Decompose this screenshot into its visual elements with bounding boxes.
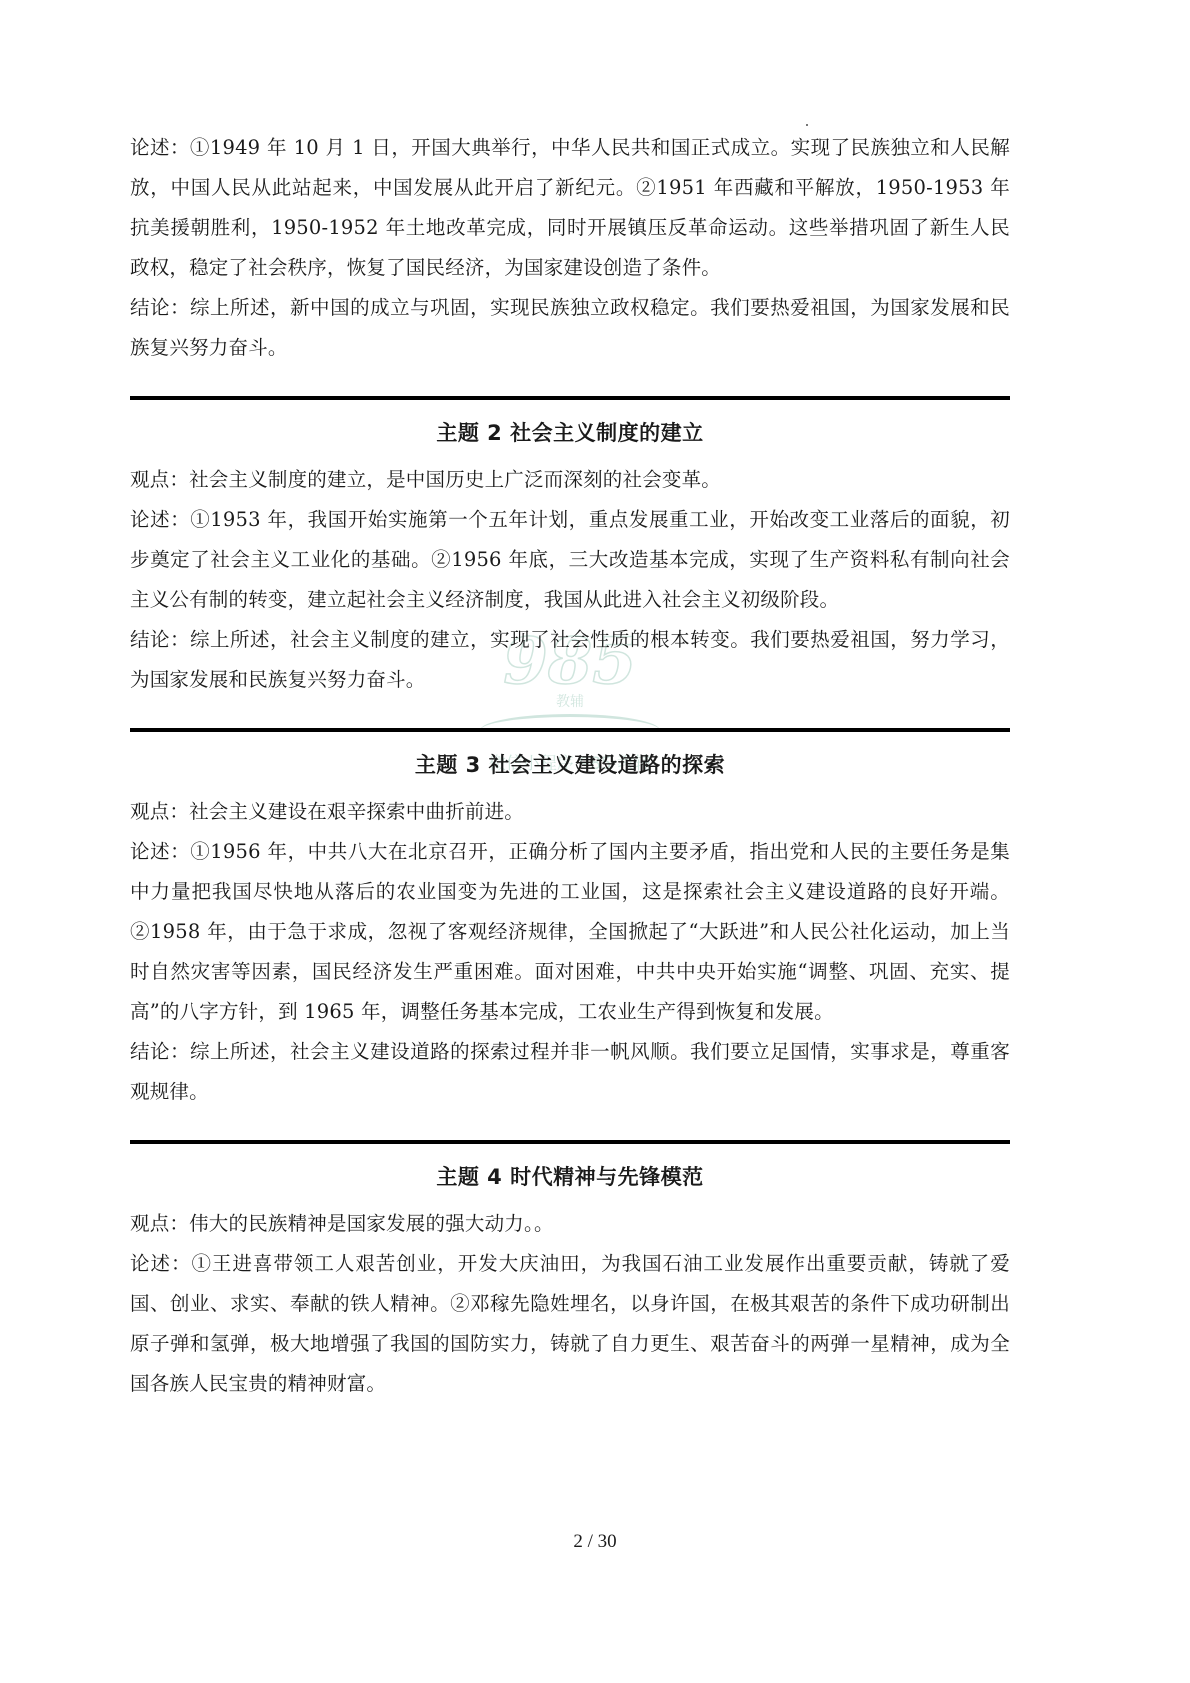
section-topic-2: 主题 2 社会主义制度的建立 观点：社会主义制度的建立，是中国历史上广泛而深刻的… xyxy=(130,418,1010,700)
section-conclusion: 结论：综上所述，社会主义制度的建立，实现了社会性质的根本转变。我们要热爱祖国，努… xyxy=(130,620,1010,700)
section-title: 主题 3 社会主义建设道路的探索 xyxy=(130,750,1010,780)
section-viewpoint: 观点：社会主义建设在艰辛探索中曲折前进。 xyxy=(130,792,1010,832)
stray-dot-mark xyxy=(806,124,808,126)
intro-conclusion: 结论：综上所述，新中国的成立与巩固，实现民族独立政权稳定。我们要热爱祖国，为国家… xyxy=(130,288,1010,368)
section-divider xyxy=(130,1140,1010,1144)
section-argument: 论述：①1953 年，我国开始实施第一个五年计划，重点发展重工业，开始改变工业落… xyxy=(130,500,1010,620)
section-topic-4: 主题 4 时代精神与先锋模范 观点：伟大的民族精神是国家发展的强大动力。。 论述… xyxy=(130,1162,1010,1404)
document-page: 论述：①1949 年 10 月 1 日，开国大典举行，中华人民共和国正式成立。实… xyxy=(130,128,1010,1404)
section-title: 主题 2 社会主义制度的建立 xyxy=(130,418,1010,448)
section-viewpoint: 观点：伟大的民族精神是国家发展的强大动力。。 xyxy=(130,1204,1010,1244)
section-argument: 论述：①1956 年，中共八大在北京召开，正确分析了国内主要矛盾，指出党和人民的… xyxy=(130,832,1010,1032)
section-divider xyxy=(130,728,1010,732)
section-divider xyxy=(130,396,1010,400)
section-argument: 论述：①王进喜带领工人艰苦创业，开发大庆油田，为我国石油工业发展作出重要贡献，铸… xyxy=(130,1244,1010,1404)
page-number: 2 / 30 xyxy=(0,1530,1190,1554)
section-title: 主题 4 时代精神与先锋模范 xyxy=(130,1162,1010,1192)
intro-section: 论述：①1949 年 10 月 1 日，开国大典举行，中华人民共和国正式成立。实… xyxy=(130,128,1010,368)
intro-argument: 论述：①1949 年 10 月 1 日，开国大典举行，中华人民共和国正式成立。实… xyxy=(130,128,1010,288)
section-topic-3: 主题 3 社会主义建设道路的探索 观点：社会主义建设在艰辛探索中曲折前进。 论述… xyxy=(130,750,1010,1112)
section-conclusion: 结论：综上所述，社会主义建设道路的探索过程并非一帆风顺。我们要立足国情，实事求是… xyxy=(130,1032,1010,1112)
section-viewpoint: 观点：社会主义制度的建立，是中国历史上广泛而深刻的社会变革。 xyxy=(130,460,1010,500)
